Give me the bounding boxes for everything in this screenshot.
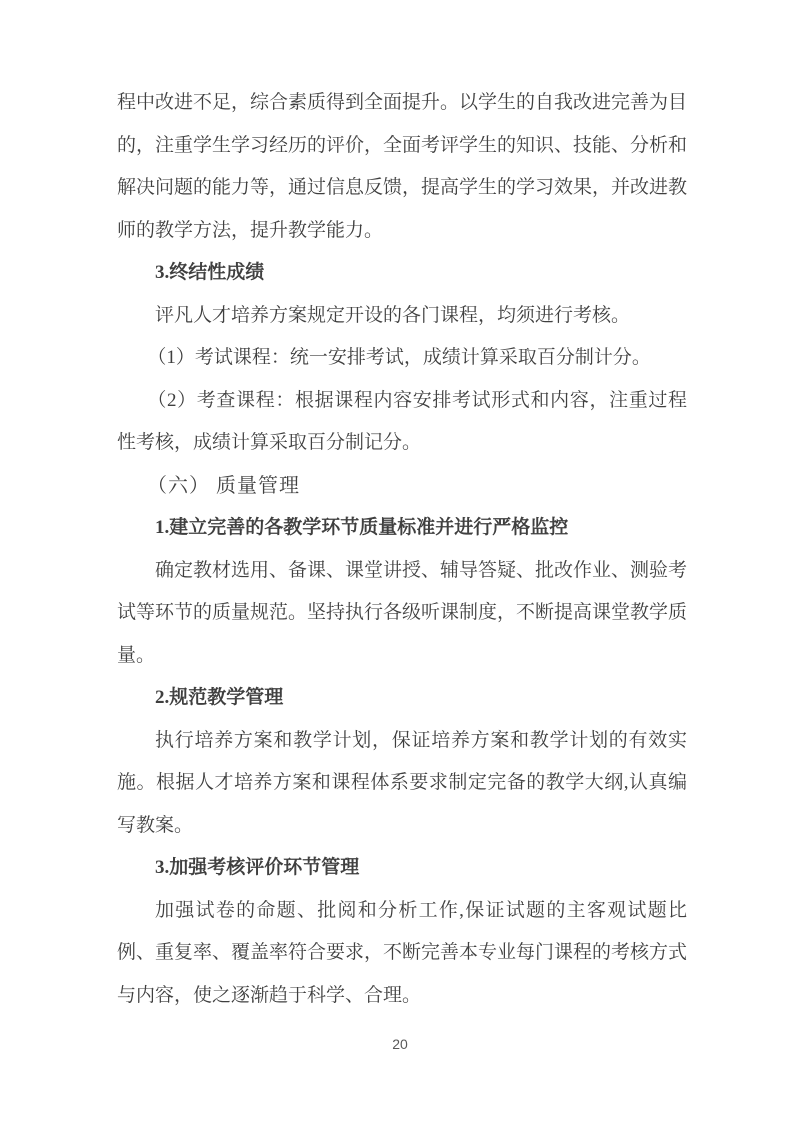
page-body-text: 程中改进不足，综合素质得到全面提升。以学生的自我改进完善为目的，注重学生学习经历…	[117, 82, 687, 1017]
paragraph-exam-courses: （1）考试课程：统一安排考试，成绩计算采取百分制计分。	[117, 337, 687, 380]
heading-quality-standards: 1.建立完善的各教学环节质量标准并进行严格监控	[117, 507, 687, 550]
paragraph-quality-standards-body: 确定教材选用、备课、课堂讲授、辅导答疑、批改作业、测验考试等环节的质量规范。坚持…	[117, 550, 687, 678]
paragraph-review-courses: （2）考查课程：根据课程内容安排考试形式和内容，注重过程性考核，成绩计算采取百分…	[117, 380, 687, 465]
page-number: 20	[0, 1036, 800, 1052]
paragraph-teaching-management-body: 执行培养方案和教学计划，保证培养方案和教学计划的有效实施。根据人才培养方案和课程…	[117, 720, 687, 848]
paragraph-assessment-evaluation-body: 加强试卷的命题、批阅和分析工作,保证试题的主客观试题比例、重复率、覆盖率符合要求…	[117, 890, 687, 1018]
heading-summative-grades: 3.终结性成绩	[117, 252, 687, 295]
heading-assessment-evaluation: 3.加强考核评价环节管理	[117, 847, 687, 890]
paragraph-continuation: 程中改进不足，综合素质得到全面提升。以学生的自我改进完善为目的，注重学生学习经历…	[117, 82, 687, 252]
paragraph-assessment-requirement: 评凡人才培养方案规定开设的各门课程，均须进行考核。	[117, 295, 687, 338]
heading-teaching-management: 2.规范教学管理	[117, 677, 687, 720]
document-page: 程中改进不足，综合素质得到全面提升。以学生的自我改进完善为目的，注重学生学习经历…	[0, 0, 800, 1131]
section-heading-quality-management: （六） 质量管理	[117, 465, 687, 508]
